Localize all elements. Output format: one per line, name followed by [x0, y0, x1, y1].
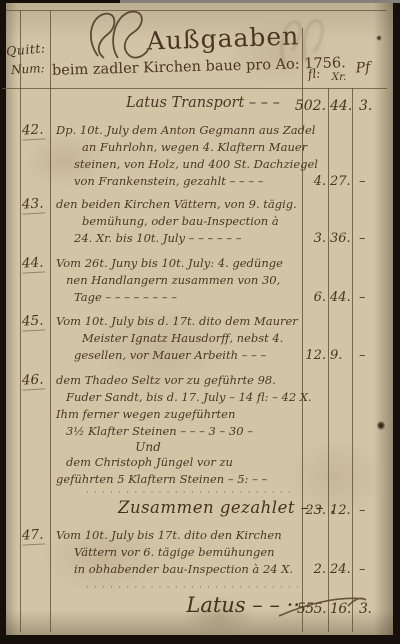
entry-line: geführten 5 Klaftern Steinen – 5: – –	[56, 471, 300, 488]
entry-number: 42.	[22, 121, 46, 140]
transport-amount-xr: 44.	[328, 89, 352, 115]
entry-text-cell: den beiden Kirchen Vättern, von 9. tägig…	[50, 194, 302, 247]
ruled-line-top	[6, 10, 387, 11]
entry-number-cell: 44.	[6, 253, 50, 306]
entry-amount-fl: 4.	[302, 120, 328, 190]
entry-line: Vättern vor 6. tägige bemühungen	[56, 544, 300, 561]
entry-number-cell: 47.	[6, 525, 50, 578]
entry-line: Fuder Sandt, bis d. 17. July – 14 fl: – …	[56, 389, 300, 406]
entry-amount-fl: 23.	[302, 370, 328, 519]
entry-number: 43.	[22, 195, 46, 214]
entry-amount-pf: –	[352, 525, 378, 578]
entry-text-cell: Vom 26t. Juny bis 10t. July: 4. gedüngen…	[50, 253, 302, 306]
entry-line: Meister Ignatz Hausdorff, nebst 4.	[56, 330, 300, 347]
entry-line: Ihm ferner wegen zugeführten	[56, 406, 300, 423]
ink-bleedthrough-icon	[272, 12, 332, 72]
dotted-leader: · · · · · · · · · · · · · · · · · · · · …	[56, 583, 300, 592]
transport-label: Latus Transport – – –	[50, 89, 302, 115]
manuscript-scan: Quitt: Num: Außgaaben beim zadler Kirche…	[0, 0, 400, 644]
entry-line: Vom 10t. July bis d. 17t. dito dem Maure…	[56, 313, 300, 330]
ledger-entry-row: 45.Vom 10t. July bis d. 17t. dito dem Ma…	[6, 306, 378, 364]
entry-number-cell: 46.	[6, 370, 50, 519]
entry-line: steinen, von Holz, und 400 St. Dachziege…	[56, 156, 300, 173]
entry-line: dem Christoph Jüngel vor zu	[56, 454, 300, 471]
entry-line: Und	[56, 440, 300, 454]
latus-transport-row: Latus Transport – – – 502. 44. 3.	[6, 89, 378, 115]
ink-blot	[376, 35, 382, 41]
entry-text-cell: Vom 10t. July bis 17t. dito den KirchenV…	[50, 525, 302, 578]
total-label: Latus – – ··	[56, 592, 300, 618]
ink-blot	[377, 420, 385, 431]
entry-amount-fl: 3.	[302, 194, 328, 247]
entry-line: Vom 26t. Juny bis 10t. July: 4. gedünge	[56, 255, 300, 272]
entry-amount-pf: –	[352, 194, 378, 247]
entry-line: dem Thadeo Seltz vor zu geführte 98.	[56, 372, 300, 389]
entry-number: 45.	[22, 312, 46, 331]
entry-line: Zusammen gezahlet – – .	[56, 497, 300, 519]
ledger-body: Latus Transport – – – 502. 44. 3. 42.Dp.…	[6, 89, 378, 618]
scan-edge-top	[120, 0, 400, 3]
entry-amount-pf: –	[352, 253, 378, 306]
entry-number: 46.	[22, 371, 46, 390]
entry-line: bemühung, oder bau-Inspection à	[56, 213, 300, 230]
entry-amount-xr: 44.	[328, 253, 352, 306]
entry-line: 24. Xr. bis 10t. July – – – – – –	[56, 230, 300, 247]
entry-amount-pf: –	[352, 120, 378, 190]
ledger-entry-row: 44.Vom 26t. Juny bis 10t. July: 4. gedün…	[6, 247, 378, 306]
transport-number-spacer	[6, 89, 50, 115]
entry-amount-fl: 12.	[302, 311, 328, 364]
check-flourish-icon	[276, 594, 368, 618]
entry-line: an Fuhrlohn, wegen 4. Klaftern Mauer	[56, 139, 300, 156]
entry-line: Tage – – – – – – – –	[56, 289, 300, 306]
entry-line: Vom 10t. July bis 17t. dito den Kirchen	[56, 527, 300, 544]
entry-amount-xr: 12.	[328, 370, 352, 519]
entry-number-cell: 45.	[6, 311, 50, 364]
entry-number: 44.	[22, 254, 46, 273]
entry-line: Dp. 10t. July dem Anton Gegmann aus Zade…	[56, 122, 300, 139]
entry-amount-fl: 2.	[302, 525, 328, 578]
entry-amount-xr: 24.	[328, 525, 352, 578]
ledger-entry-row: 46.dem Thadeo Seltz vor zu geführte 98.F…	[6, 364, 378, 519]
entry-number: 47.	[22, 526, 46, 545]
entry-amount-xr: 9.	[328, 311, 352, 364]
entry-line: 3½ Klafter Steinen – – – 3 – 30 –	[56, 423, 300, 440]
column-header-kreuzer: Xr.	[327, 71, 351, 83]
entry-number-cell: 43.	[6, 194, 50, 247]
ledger-entry-row: 43.den beiden Kirchen Vättern, von 9. tä…	[6, 190, 378, 247]
entry-text-cell: Dp. 10t. July dem Anton Gegmann aus Zade…	[50, 120, 302, 190]
entry-line: · · · · · · · · · · · · · · · · · · · · …	[56, 488, 300, 497]
entry-text-cell: dem Thadeo Seltz vor zu geführte 98.Fude…	[50, 370, 302, 519]
transport-amount-pf: 3.	[352, 89, 378, 115]
entry-number-cell: 42.	[6, 120, 50, 190]
total-number-spacer	[6, 581, 50, 618]
entry-amount-pf: –	[352, 370, 378, 519]
entry-line: in obhabender bau-Inspection à 24 X.	[56, 561, 300, 578]
column-header-pfennig: Pf	[348, 59, 377, 77]
corner-label-num: Num:	[11, 61, 45, 77]
entry-line: von Frankenstein, gezahlt – – – –	[56, 173, 300, 190]
total-text: · · · · · · · · · · · · · · · · · · · · …	[50, 581, 302, 618]
entry-text-cell: Vom 10t. July bis d. 17t. dito dem Maure…	[50, 311, 302, 364]
entry-amount-xr: 36.	[328, 194, 352, 247]
entry-line: den beiden Kirchen Vättern, von 9. tägig…	[56, 196, 300, 213]
entry-line: gesellen, vor Mauer Arbeith – – –	[56, 347, 300, 364]
entry-amount-fl: 6.	[302, 253, 328, 306]
ledger-entry-row: 47.Vom 10t. July bis 17t. dito den Kirch…	[6, 519, 378, 578]
transport-amount-fl: 502.	[302, 89, 328, 115]
ledger-entry-row: 42.Dp. 10t. July dem Anton Gegmann aus Z…	[6, 115, 378, 190]
entry-amount-pf: –	[352, 311, 378, 364]
entry-amount-xr: 27.	[328, 120, 352, 190]
entry-line: nen Handlangern zusammen von 30,	[56, 272, 300, 289]
entries: 42.Dp. 10t. July dem Anton Gegmann aus Z…	[6, 115, 378, 578]
